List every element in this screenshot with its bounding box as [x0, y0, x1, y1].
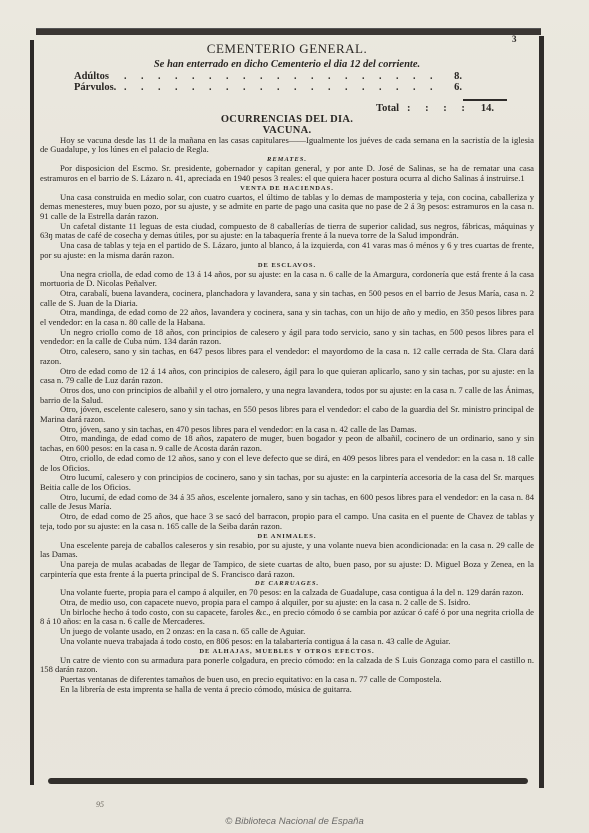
classified-notice: Una casa construida en medio solar, con … — [40, 193, 534, 222]
occurrences-title: OCURRENCIAS DEL DIA. — [40, 114, 534, 125]
vaccine-notice: Hoy se vacuna desde las 11 de la mañana … — [40, 136, 534, 155]
classified-notice: Otros dos, uno con principios de albañil… — [40, 386, 534, 405]
classified-notice: Otro de edad como de 12 á 14 años, con p… — [40, 367, 534, 386]
cemetery-title: CEMENTERIO GENERAL. — [40, 44, 534, 54]
cemetery-subtitle: Se han enterrado en dicho Cementerio el … — [40, 60, 534, 70]
newspaper-page: 3 CEMENTERIO GENERAL. Se han enterrado e… — [0, 0, 589, 833]
classified-notice: Otro, de edad como de 25 años, que hace … — [40, 512, 534, 531]
page-content: CEMENTERIO GENERAL. Se han enterrado en … — [40, 40, 534, 694]
classified-notice: Otro, lucumí, de edad como de 34 á 35 añ… — [40, 493, 534, 512]
tally-dots: . . . . . . . . . . . . . . . . . . . . … — [124, 71, 442, 82]
classified-notice: Otro lucumí, calesero y con principios d… — [40, 473, 534, 492]
top-border-rule — [36, 28, 541, 35]
classified-notice: Otro, criollo, de edad como de 12 años, … — [40, 454, 534, 473]
bottom-border-rule — [48, 778, 528, 784]
left-border-rule — [30, 40, 34, 785]
classified-notice: Un negro criollo como de 18 años, con pr… — [40, 328, 534, 347]
library-watermark: © Biblioteca Nacional de España — [0, 816, 589, 827]
tally-dots: . . . . . . . . . . . . . . . . . . . . … — [124, 82, 442, 93]
tally-value: 6. — [442, 82, 462, 93]
classified-notice: En la librería de esta imprenta se halla… — [40, 685, 534, 695]
classified-notice: Una negra criolla, de edad como de 13 á … — [40, 270, 534, 289]
tally-value: 8. — [442, 71, 462, 82]
classified-notice: Por disposicion del Escmo. Sr. president… — [40, 164, 534, 183]
classified-notice: Una pareja de mulas acabadas de llegar d… — [40, 560, 534, 579]
folio-mark: 95 — [96, 800, 104, 809]
total-label: Total — [376, 104, 399, 114]
classified-notice: Otro, mandinga, de edad como de 18 años,… — [40, 434, 534, 453]
classified-sections: REMATES.Por disposicion del Escmo. Sr. p… — [40, 155, 534, 694]
classified-notice: Un catre de viento con su armadura para … — [40, 656, 534, 675]
classified-notice: Una casa de tablas y teja en el partido … — [40, 241, 534, 260]
tally-row-adults: Adúltos . . . . . . . . . . . . . . . . … — [40, 71, 534, 82]
classified-notice: Un birloche hecho á todo costo, con su c… — [40, 608, 534, 627]
tally-label: Adúltos — [74, 71, 124, 82]
classified-notice: Otro, jóven, escelente calesero, sano y … — [40, 405, 534, 424]
classified-notice: Otra, carabalí, buena lavandera, cociner… — [40, 289, 534, 308]
classified-notice: Una escelente pareja de caballos caleser… — [40, 541, 534, 560]
right-border-rule — [539, 36, 544, 788]
tally-total: Total : : : : 14. — [40, 104, 534, 114]
classified-notice: Otro, calesero, sano y sin tachas, en 64… — [40, 347, 534, 366]
total-dots: : : : : — [407, 104, 471, 114]
tally-row-children: Párvulos. . . . . . . . . . . . . . . . … — [40, 82, 534, 93]
classified-notice: Otra, mandinga, de edad como de 22 años,… — [40, 308, 534, 327]
classified-notice: Un cafetal distante 11 leguas de esta ci… — [40, 222, 534, 241]
tally-label: Párvulos. — [74, 82, 124, 93]
classified-notice: Una volante nueva trabajada á todo costo… — [40, 637, 534, 647]
sum-rule — [463, 99, 507, 101]
total-value: 14. — [481, 104, 494, 114]
